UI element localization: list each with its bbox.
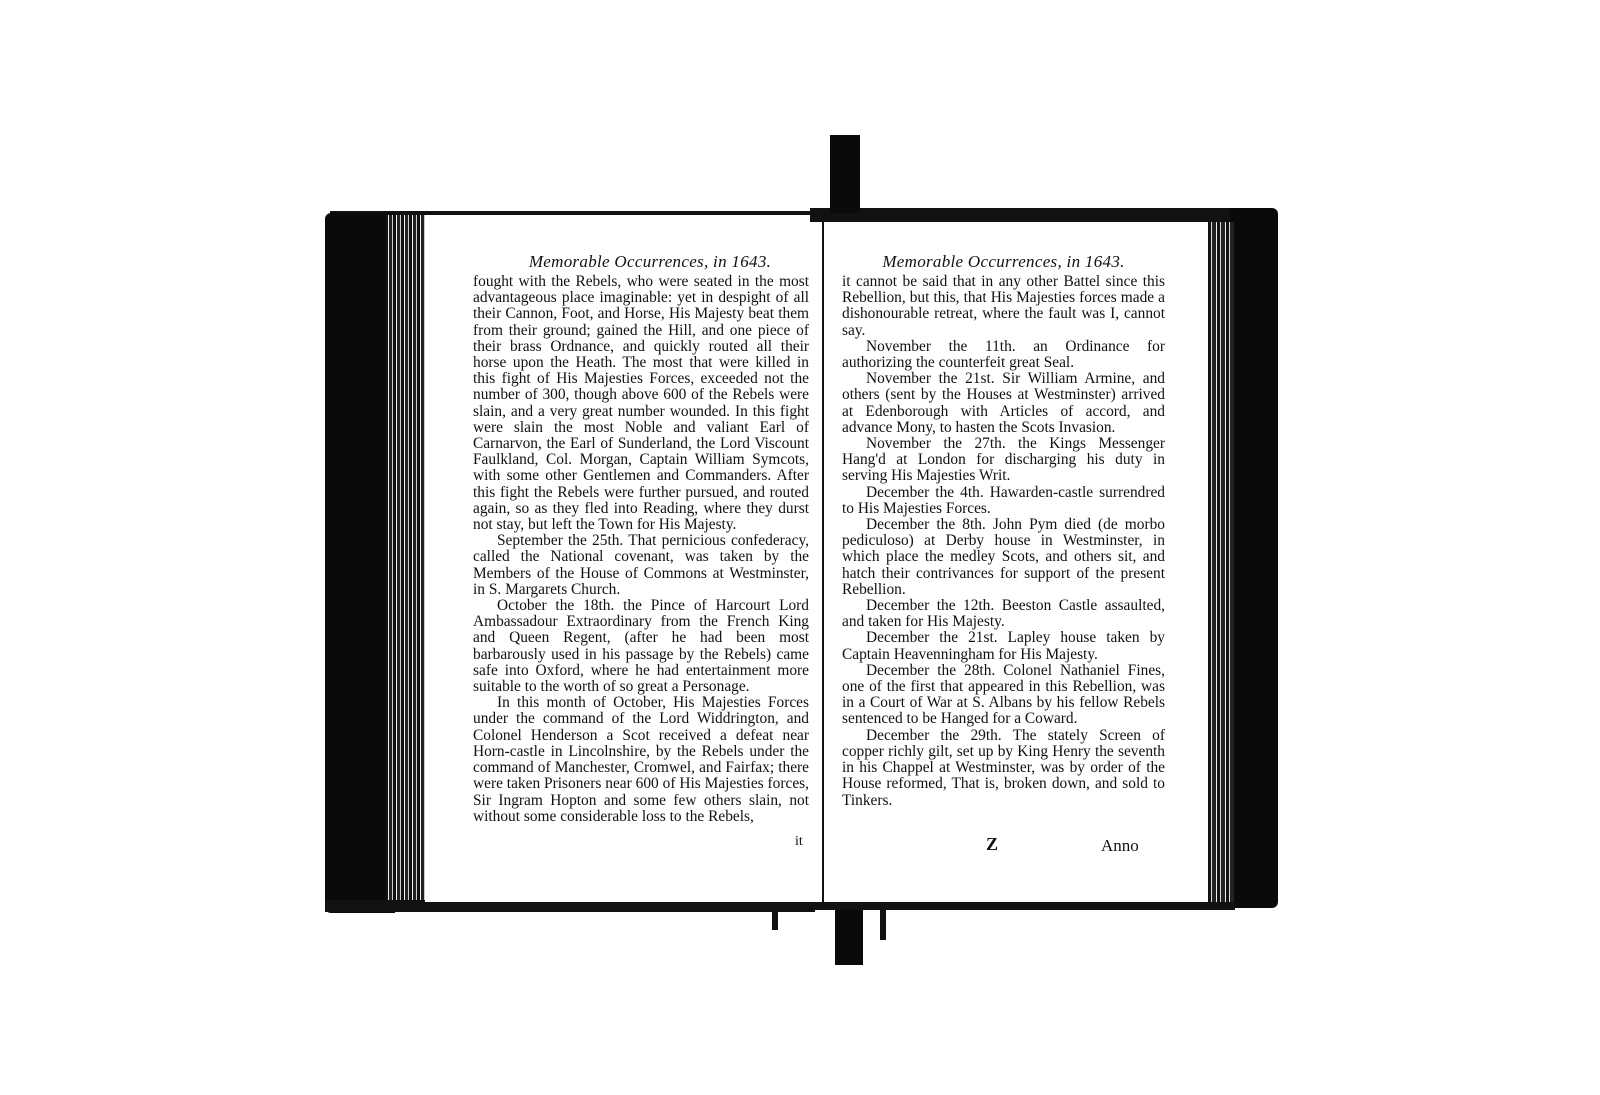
running-head: Memorable Occurrences, in 1643.: [480, 252, 820, 272]
paragraph: November the 11th. an Ordinance for auth…: [842, 339, 1165, 371]
book-cover-right: [1230, 208, 1278, 908]
paragraph: October the 18th. the Pince of Harcourt …: [473, 598, 809, 695]
paragraph: November the 21st. Sir William Armine, a…: [842, 371, 1165, 436]
spine-bottom: [835, 910, 863, 965]
gutter-line: [822, 210, 824, 910]
paragraph: December the 8th. John Pym died (de morb…: [842, 517, 1165, 598]
scanned-book-spread: Memorable Occurrences, in 1643. fought w…: [0, 0, 1600, 1095]
spine-tab: [772, 910, 778, 930]
paragraph: September the 25th. That pernicious conf…: [473, 533, 809, 598]
paragraph: it cannot be said that in any other Batt…: [842, 274, 1165, 339]
spine-tab: [880, 910, 886, 940]
paragraph: December the 4th. Hawarden-castle surren…: [842, 485, 1165, 517]
right-page: Memorable Occurrences, in 1643. it canno…: [826, 222, 1208, 902]
catchword: it: [795, 834, 803, 850]
page-body: fought with the Rebels, who were seated …: [473, 274, 809, 825]
catchword: Anno: [1101, 836, 1139, 856]
page-edges-right: [1208, 222, 1234, 902]
paragraph: In this month of October, His Majesties …: [473, 695, 809, 825]
paragraph: November the 27th. the Kings Messenger H…: [842, 436, 1165, 485]
book-top-edge-right: [810, 208, 1230, 222]
page-body: it cannot be said that in any other Batt…: [842, 274, 1165, 809]
paragraph: fought with the Rebels, who were seated …: [473, 274, 809, 533]
page-edges-left: [385, 215, 425, 910]
signature-mark: Z: [986, 834, 998, 855]
paragraph: December the 28th. Colonel Nathaniel Fin…: [842, 663, 1165, 728]
paragraph: December the 21st. Lapley house taken by…: [842, 630, 1165, 662]
paragraph: December the 29th. The stately Screen of…: [842, 728, 1165, 809]
spine-top: [830, 135, 860, 213]
left-page: Memorable Occurrences, in 1643. fought w…: [425, 222, 820, 902]
paragraph: December the 12th. Beeston Castle assaul…: [842, 598, 1165, 630]
running-head: Memorable Occurrences, in 1643.: [826, 252, 1181, 272]
book-bottom-edge-right: [805, 902, 1235, 910]
